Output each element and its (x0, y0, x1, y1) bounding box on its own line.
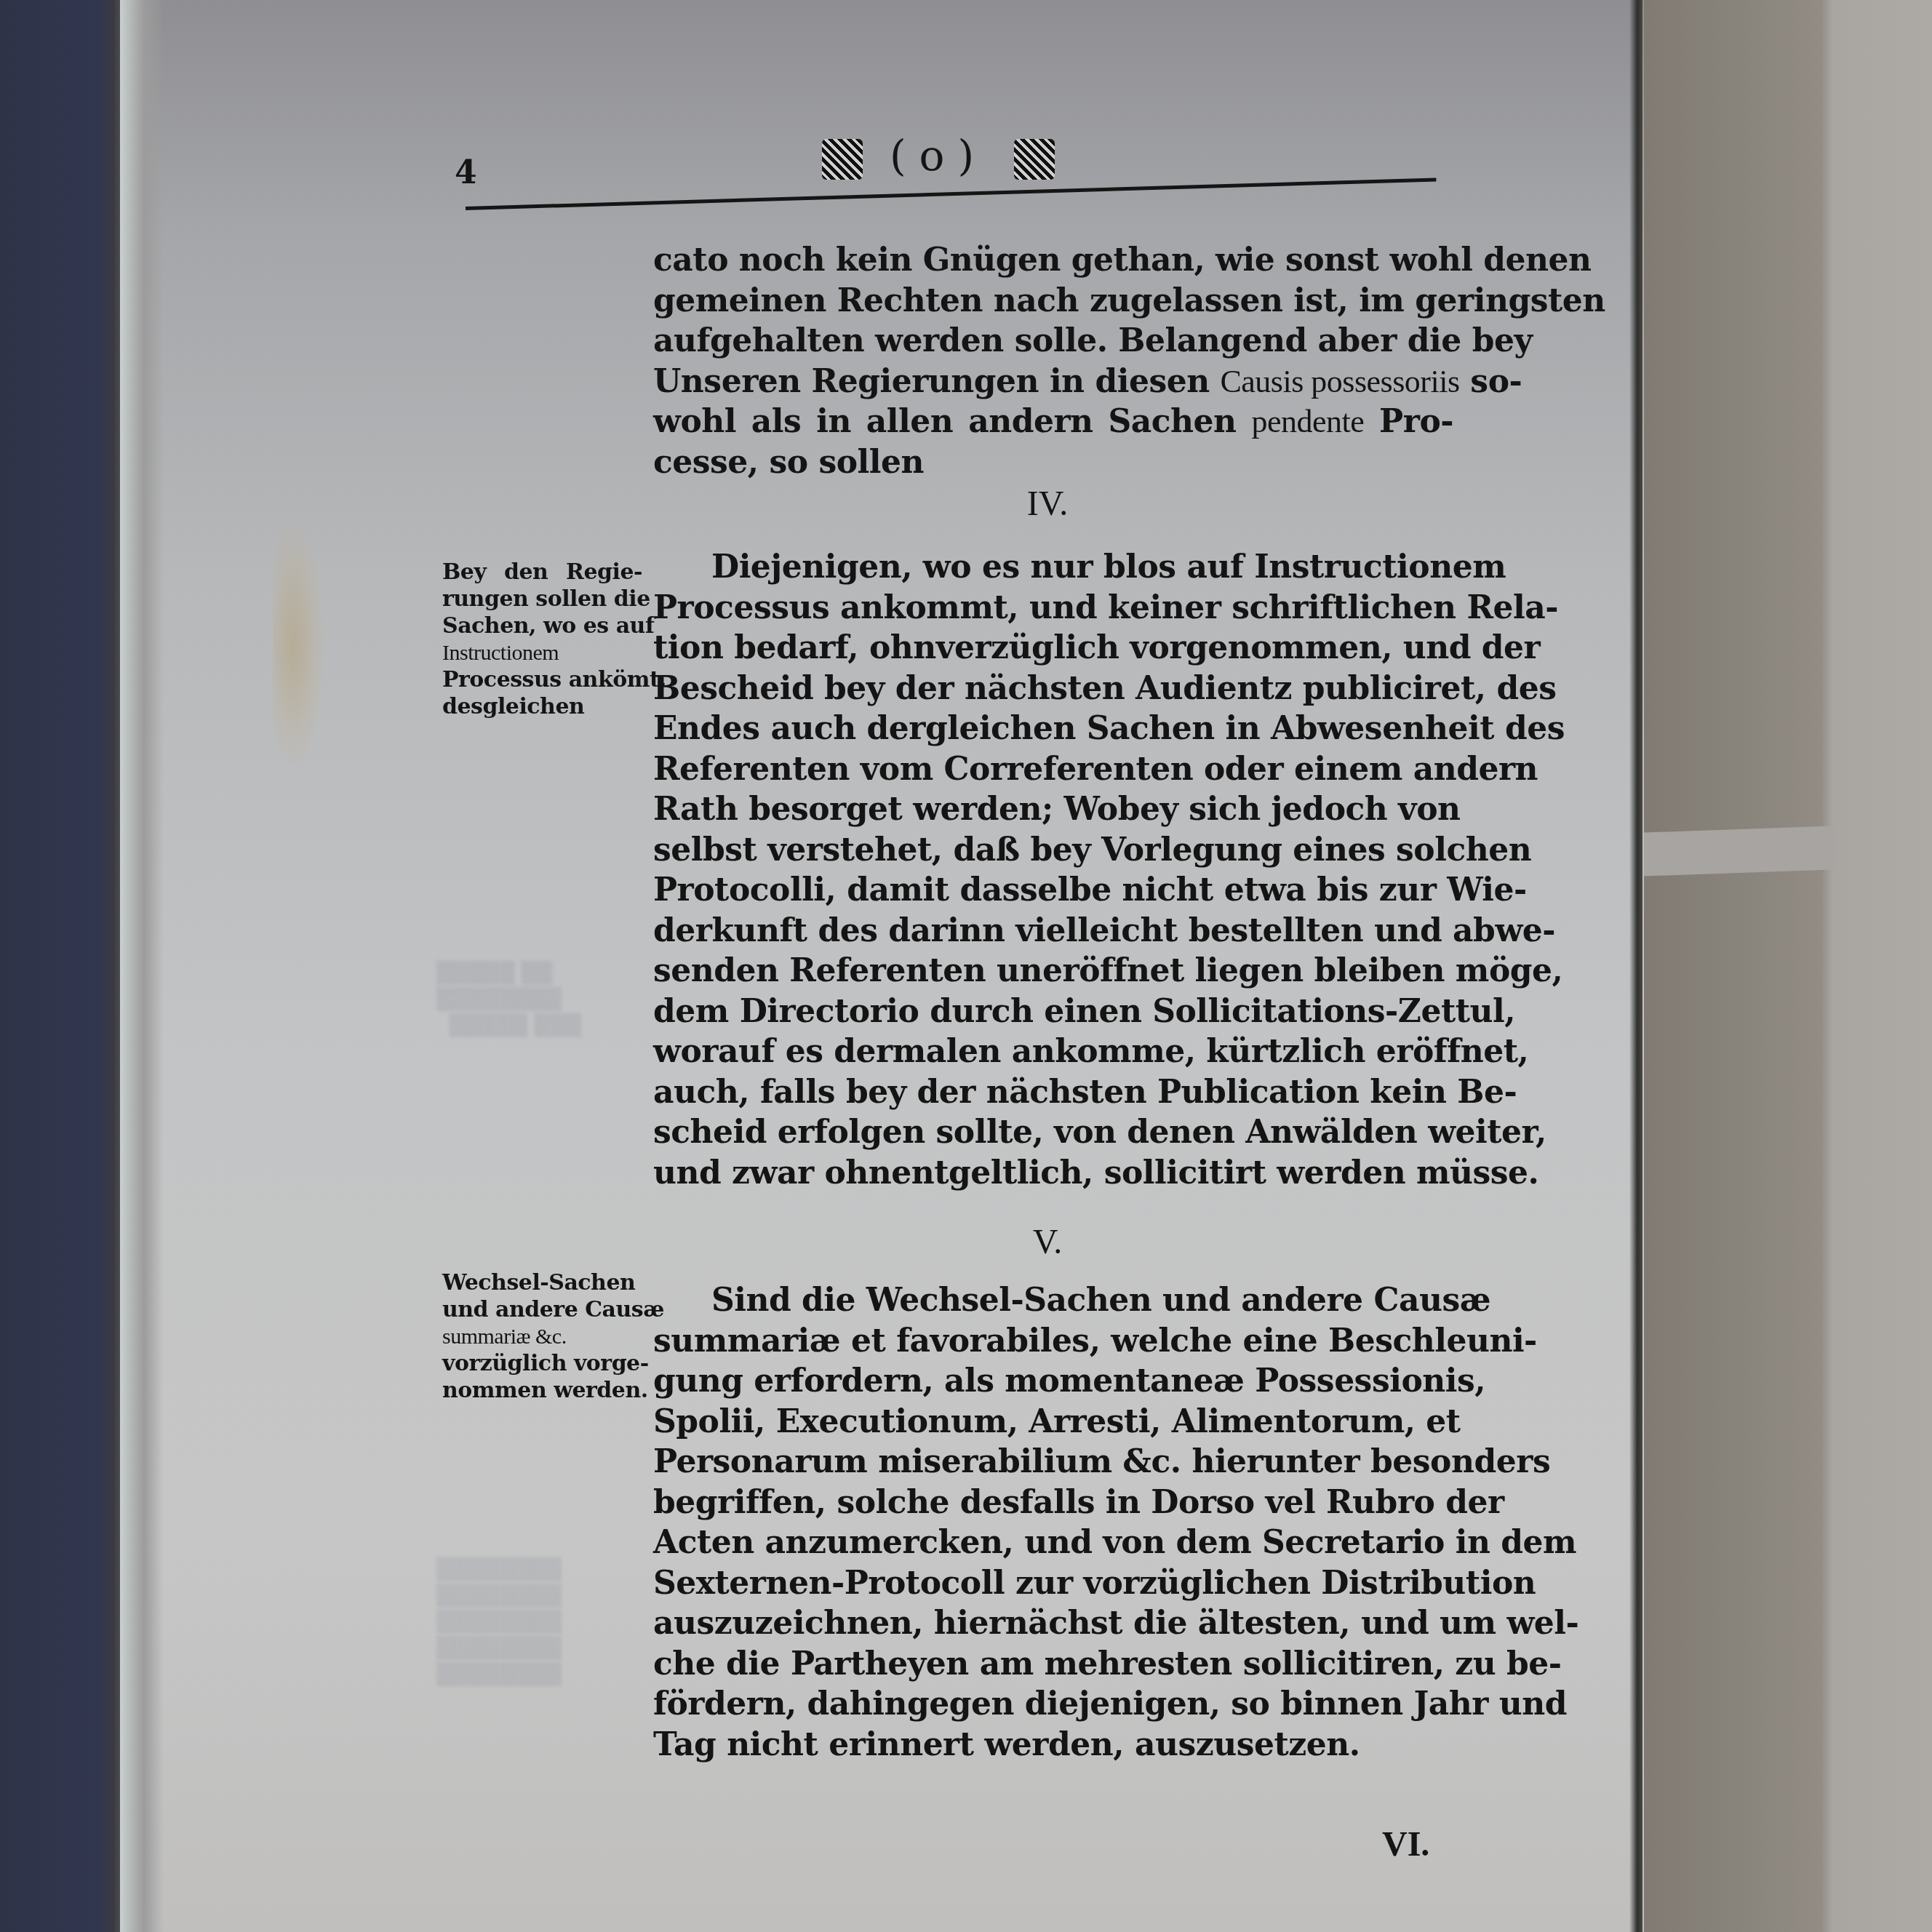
text-line: Bescheid bey der nächsten Audientz publi… (653, 668, 1453, 709)
text-line: Unseren Regierungen in diesen Causis pos… (653, 362, 1453, 402)
text-line: gemeinen Rechten nach zugelassen ist, im… (653, 281, 1453, 322)
text-line: und zwar ohnentgeltlich, sollicitirt wer… (653, 1153, 1453, 1194)
margin-note-v: Wechsel-Sachen und andere Causæ summariæ… (442, 1269, 642, 1404)
text-line: worauf es dermalen ankomme, kürtzlich er… (653, 1031, 1453, 1072)
section-heading-iv: IV. (946, 484, 1149, 524)
text-line: Diejenigen, wo es nur blos auf Instructi… (653, 547, 1453, 588)
text-line: gung erfordern, als momentaneæ Possessio… (653, 1361, 1453, 1402)
margin-note-iv: Bey den Regie- rungen sollen die Sachen,… (442, 559, 642, 720)
backing-board-right (1640, 0, 1932, 1932)
right-fleuron-icon (1014, 139, 1055, 180)
header-ornament: (o) (800, 131, 1077, 180)
text-line: begriffen, solche desfalls in Dorso vel … (653, 1482, 1453, 1523)
dark-background-left (0, 0, 124, 1932)
section-v-body: Sind die Wechsel-Sachen und andere Causæ… (653, 1280, 1453, 1765)
text-line: Sexternen-Protocoll zur vorzüglichen Dis… (653, 1563, 1453, 1604)
section-iv-body: Diejenigen, wo es nur blos auf Instructi… (653, 547, 1453, 1193)
text-line: che die Partheyen am mehresten solliciti… (653, 1644, 1453, 1685)
text-line: senden Referenten uneröffnet liegen blei… (653, 951, 1453, 991)
text-line: Spolii, Executionum, Arresti, Alimentoru… (653, 1402, 1453, 1442)
text-line: Processus ankommt, und keiner schriftlic… (653, 588, 1453, 628)
text-line: auszuzeichnen, hiernächst die ältesten, … (653, 1603, 1453, 1644)
intro-paragraph: cato noch kein Gnügen gethan, wie sonst … (653, 240, 1453, 482)
header-ornament-text: (o) (890, 131, 987, 180)
text-line: derkunft des darinn vielleicht bestellte… (653, 911, 1453, 951)
text-line: Sind die Wechsel-Sachen und andere Causæ (653, 1280, 1453, 1321)
text-line: tion bedarf, ohnverzüglich vorgenommen, … (653, 628, 1453, 668)
text-line: Personarum miserabilium &c. hierunter be… (653, 1442, 1453, 1482)
text-line: Acten anzumercken, und von dem Secretari… (653, 1522, 1453, 1563)
text-line: summariæ et favorabiles, welche eine Bes… (653, 1321, 1453, 1362)
catchword: VI. (1382, 1824, 1429, 1864)
bleed-through-text: ▒▒▒▒▒ ▒▒▒▒▒▒▒▒▒▒ ▒▒▒▒▒ ▒▒▒ (436, 960, 655, 1039)
section-heading-v: V. (946, 1222, 1149, 1262)
paper-strip (1640, 826, 1837, 876)
text-line: cesse, so sollen (653, 442, 1453, 483)
water-stain (273, 524, 324, 764)
text-line: wohl als in allen andern Sachen pendente… (653, 402, 1453, 442)
text-line: Tag nicht erinnert werden, auszusetzen. (653, 1725, 1453, 1765)
bleed-through-text: ▒▒▒▒▒▒▒▒▒▒▒▒▒▒▒▒▒▒▒▒▒▒▒▒▒▒▒▒▒▒▒▒▒▒▒▒▒▒▒▒ (436, 1557, 655, 1688)
text-line: Rath besorget werden; Wobey sich jedoch … (653, 789, 1453, 830)
text-line: Referenten vom Correferenten oder einem … (653, 749, 1453, 790)
text-line: dem Directorio durch einen Sollicitation… (653, 991, 1453, 1032)
page-edge-shadow (1629, 0, 1642, 1932)
text-line: Endes auch dergleichen Sachen in Abwesen… (653, 708, 1453, 749)
page-number: 4 (455, 154, 477, 191)
left-fleuron-icon (822, 139, 863, 180)
text-line: fördern, dahingegen diejenigen, so binne… (653, 1684, 1453, 1725)
text-line: scheid erfolgen sollte, von denen Anwäld… (653, 1112, 1453, 1153)
text-line: Protocolli, damit dasselbe nicht etwa bi… (653, 870, 1453, 911)
text-line: cato noch kein Gnügen gethan, wie sonst … (653, 240, 1453, 281)
text-line: aufgehalten werden solle. Belangend aber… (653, 321, 1453, 362)
text-line: selbst verstehet, daß bey Vorlegung eine… (653, 830, 1453, 871)
text-line: auch, falls bey der nächsten Publication… (653, 1072, 1453, 1113)
